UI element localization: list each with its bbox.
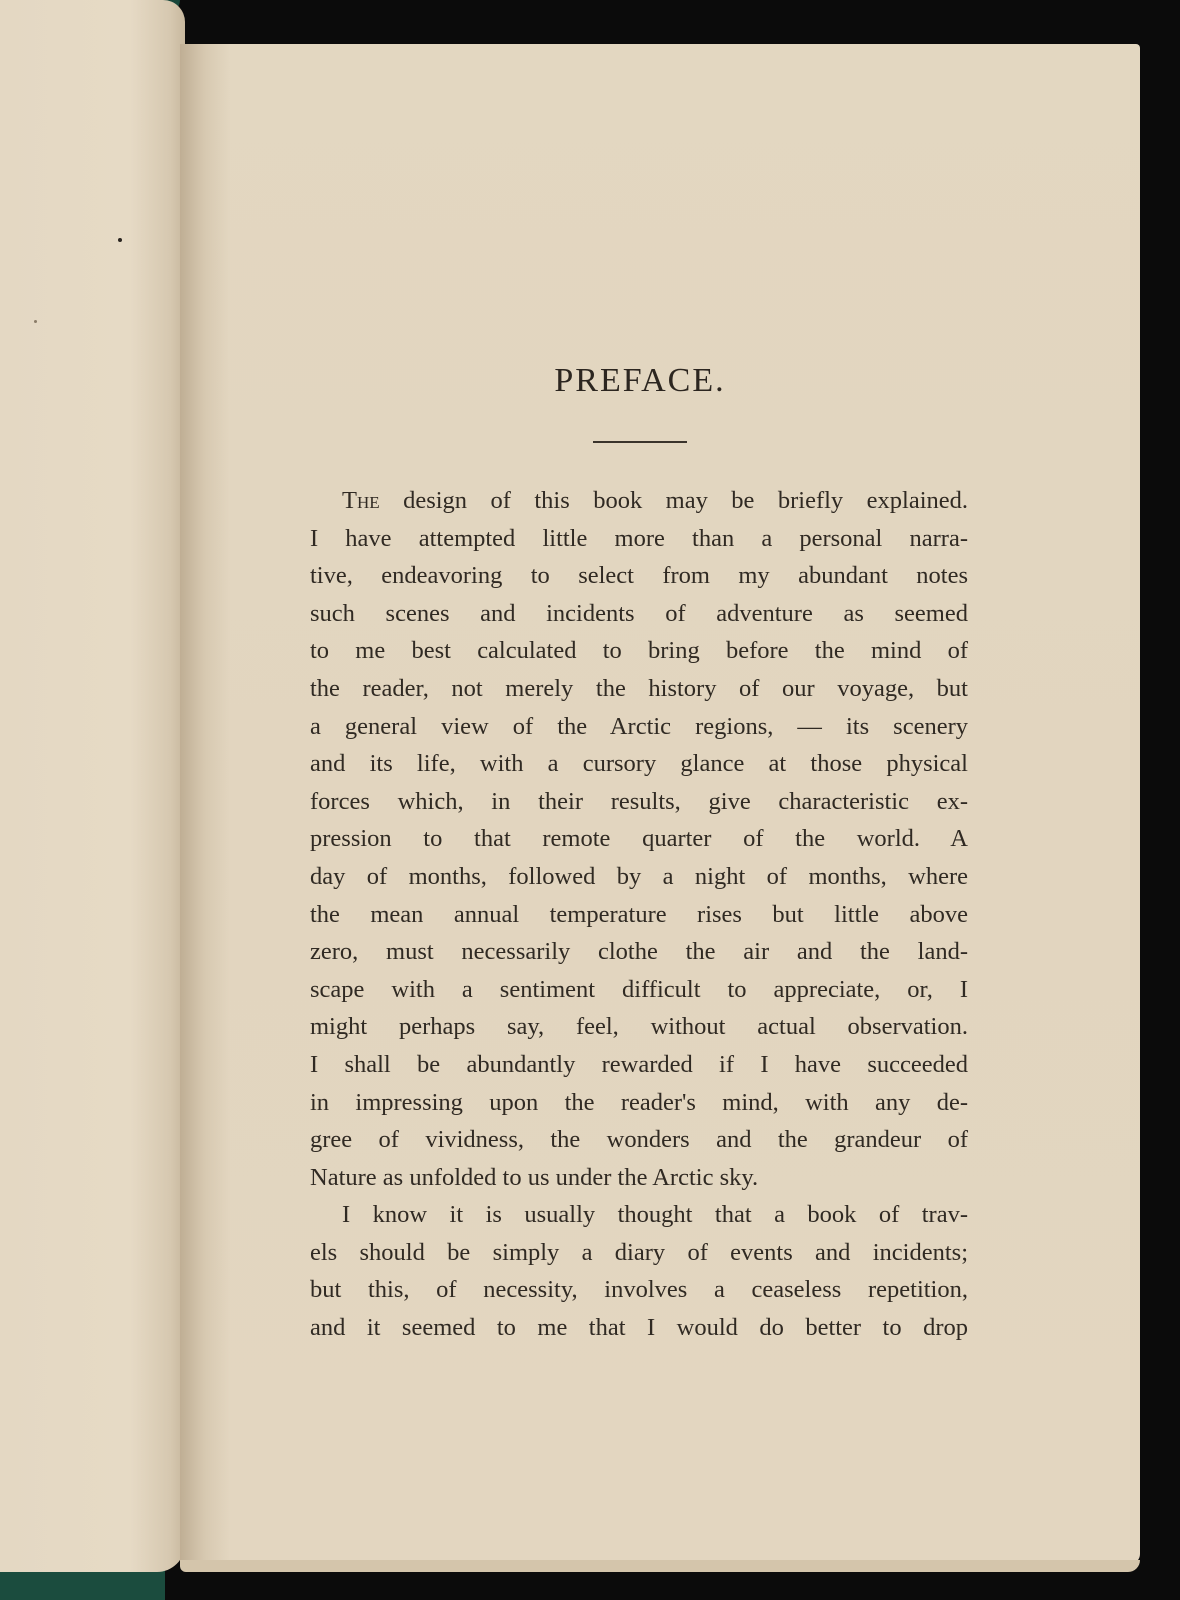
text-line: scape with a sentiment difficult to appr… (310, 971, 968, 1009)
text-line: might perhaps say, feel, without actual … (310, 1008, 968, 1046)
text-line: I shall be abundantly rewarded if I have… (310, 1046, 968, 1084)
text-line: but this, of necessity, involves a cease… (310, 1271, 968, 1309)
text-line: to me best calculated to bring before th… (310, 632, 968, 670)
text-line: gree of vividness, the wonders and the g… (310, 1121, 968, 1159)
text-line: the reader, not merely the history of ou… (310, 670, 968, 708)
preface-body: The design of this book may be briefly e… (310, 482, 968, 1347)
text-line: Nature as unfolded to us under the Arcti… (310, 1159, 968, 1197)
text-line: forces which, in their results, give cha… (310, 783, 968, 821)
text-line: The design of this book may be briefly e… (310, 482, 968, 520)
text-line: tive, endeavoring to select from my abun… (310, 557, 968, 595)
gutter-shadow (180, 44, 230, 1560)
text-line: the mean annual temperature rises but li… (310, 896, 968, 934)
text-line: pression to that remote quarter of the w… (310, 820, 968, 858)
paper-speck (34, 320, 37, 323)
text-line: els should be simply a diary of events a… (310, 1234, 968, 1272)
left-page (0, 0, 185, 1572)
page-title: PREFACE. (300, 362, 980, 400)
text-line: I have attempted little more than a pers… (310, 520, 968, 558)
text-line: in impressing upon the reader's mind, wi… (310, 1084, 968, 1122)
title-rule-divider (593, 441, 687, 443)
paper-speck (118, 238, 122, 242)
line-text: design of this book may be briefly expla… (380, 487, 968, 514)
text-line: zero, must necessarily clothe the air an… (310, 933, 968, 971)
text-line: and it seemed to me that I would do bett… (310, 1309, 968, 1347)
text-line: day of months, followed by a night of mo… (310, 858, 968, 896)
text-line: such scenes and incidents of adventure a… (310, 595, 968, 633)
small-caps-lead: The (342, 487, 380, 514)
text-line: a general view of the Arctic regions, — … (310, 708, 968, 746)
text-line: I know it is usually thought that a book… (310, 1196, 968, 1234)
text-line: and its life, with a cursory glance at t… (310, 745, 968, 783)
